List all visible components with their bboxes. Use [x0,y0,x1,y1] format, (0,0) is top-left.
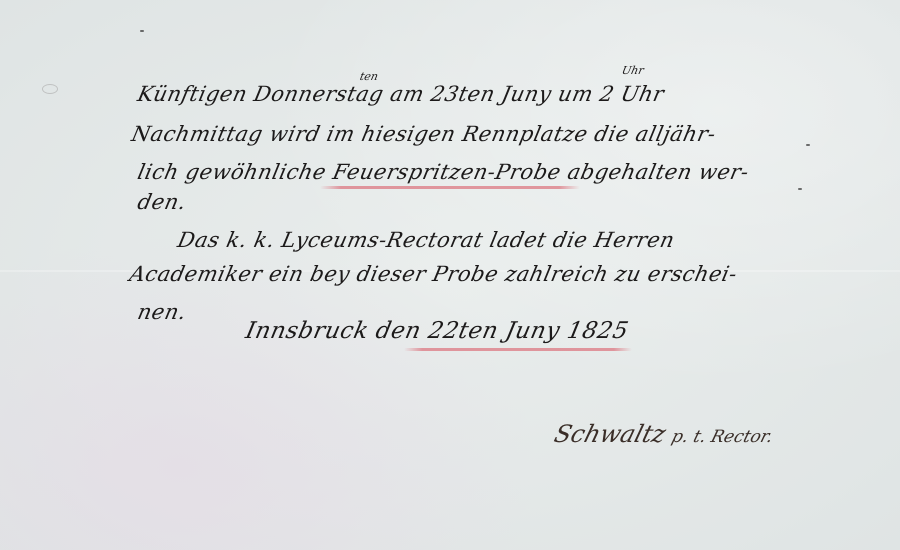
paper-speck [806,144,810,146]
signature: Schwaltz p. t. Rector. [551,420,777,448]
superscript-insert: Uhr [621,64,645,77]
text-line-4: den. [135,190,188,214]
superscript-day: ten [359,70,380,83]
date-line: Innsbruck den 22ten Juny 1825 [243,318,631,344]
text-line-1: Künftigen Donnerstag am 23ten Juny um 2 … [135,82,666,106]
text-line-7: nen. [135,300,188,324]
signature-name: Schwaltz [551,420,669,448]
paper-blemish [42,84,58,94]
red-underline [320,186,580,189]
text-line-3: lich gewöhnliche Feuerspritzen-Probe abg… [135,160,751,184]
document-page: Künftigen Donnerstag am 23ten Juny um 2 … [0,0,900,550]
text-line-5: Das k. k. Lyceums-Rectorat ladet die Her… [175,228,677,252]
paper-speck [140,30,144,32]
paper-speck [798,188,802,190]
signature-title: p. t. Rector. [669,427,775,447]
red-underline-date [404,348,632,351]
text-line-6: Academiker ein bey dieser Probe zahlreic… [127,262,739,286]
text-line-2: Nachmittag wird im hiesigen Rennplatze d… [129,122,718,146]
